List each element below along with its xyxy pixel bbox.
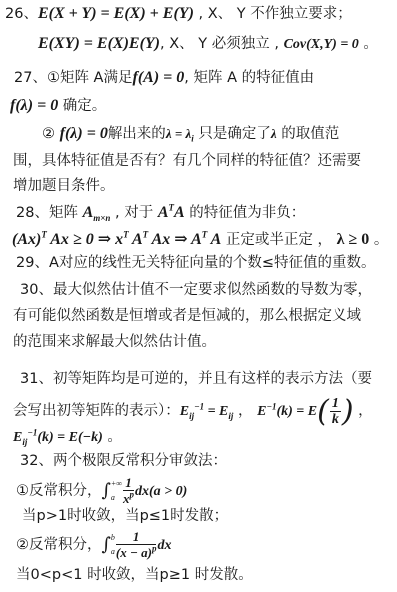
math-f-lambda: f(λ) = 0 xyxy=(10,97,58,114)
item-26-line-2: E(XY) = E(X)E(Y), X、 Y 必须独立 , Cov(X,Y) =… xyxy=(38,34,378,55)
text: , X、 Y 不作独立要求； xyxy=(194,6,352,22)
item-30-line-2: 有可能似然函数是恒增或者是恒减的，那么根据定义域 xyxy=(13,306,361,326)
text: ， xyxy=(354,403,373,419)
item-31-line-3: Eij−1(k) = E(−k) 。 xyxy=(13,427,122,448)
text: 两个极限反常积分审敛法： xyxy=(53,453,227,469)
item-31-line-2: 会写出初等矩阵的表示）：Eij−1 = Eij ， E−1(k) = E(1k)… xyxy=(13,396,373,428)
math-fraction: 1(x − a)p xyxy=(116,529,157,561)
text: 增加题目条件。 xyxy=(13,178,115,194)
text: A对应的线性无关特征向量的个数≤特征值的重数。 xyxy=(49,255,376,271)
math-expectation-product: E(XY) = E(X)E(Y) xyxy=(38,35,160,52)
text: ①反常积分， xyxy=(16,483,102,499)
text: 。 xyxy=(369,232,388,248)
item-27-line-3: ② f(λ) = 0解出来的λ = λi 只是确定了λ 的取值范 xyxy=(42,124,339,144)
text: 围，具体特征值是否有？有几个同样的特征值？还需要 xyxy=(13,153,361,169)
integral-icon: ∫ xyxy=(102,534,111,555)
item-28-line-1: 28、矩阵 Am×n , 对于 ATA 的特征值为非负： xyxy=(16,203,305,223)
text: ①矩阵 A满足 xyxy=(47,70,133,86)
item-27-line-1: 27、①矩阵 A满足f(A) = 0, 矩阵 A 的特征值由 xyxy=(14,68,314,88)
text: ， xyxy=(233,403,257,419)
math-Eij-inverse-k: Eij−1(k) = E(−k) xyxy=(13,430,103,445)
item-number: 26、 xyxy=(5,6,38,22)
math-ATA: ATA xyxy=(158,204,185,221)
item-number: 28、 xyxy=(16,205,49,221)
integral-icon: ∫ xyxy=(102,480,111,501)
math-lambda-i: λ = λi xyxy=(166,126,194,141)
text: ② xyxy=(42,126,60,142)
text: 矩阵 xyxy=(49,205,83,221)
text: 的特征值为非负： xyxy=(185,205,306,221)
text: 正定或半正定 ， xyxy=(221,232,336,248)
item-number: 32、 xyxy=(20,453,53,469)
math-E-inverse-k: E−1(k) = E(1k) xyxy=(257,404,353,419)
text: , X、 Y 必须独立 , xyxy=(160,36,284,52)
text: , 矩阵 A 的特征值由 xyxy=(184,70,314,86)
text: 的范围来求解最大似然估计值。 xyxy=(13,334,216,350)
item-32-case-2-result: 当0<p<1 时收敛，当p≥1 时发散。 xyxy=(16,565,253,585)
document-page: 26、E(X + Y) = E(X) + E(Y) , X、 Y 不作独立要求；… xyxy=(0,0,397,592)
item-number: 27、 xyxy=(14,70,47,86)
item-28-line-2: (Ax)T Ax ≥ 0 ⇒ xT AT Ax ⇒ AT A 正定或半正定 ， … xyxy=(12,230,388,250)
text: 当0<p<1 时收敛，当p≥1 时发散。 xyxy=(16,567,253,583)
item-27-line-2: f(λ) = 0 确定。 xyxy=(10,96,106,116)
item-30-line-1: 30、最大似然估计值不一定要求似然函数的导数为零， xyxy=(20,280,372,300)
item-number: 29、 xyxy=(16,255,49,271)
math-quadratic-form: (Ax)T Ax ≥ 0 ⇒ xT AT Ax ⇒ AT A xyxy=(12,231,221,248)
math-covariance: Cov(X,Y) = 0 xyxy=(284,37,359,52)
text: 的取值范 xyxy=(277,126,340,142)
text: 初等矩阵均是可逆的，并且有这样的表示方法（要 xyxy=(53,371,372,387)
item-31-line-1: 31、初等矩阵均是可逆的，并且有这样的表示方法（要 xyxy=(20,369,372,389)
math-A-mxn: Am×n xyxy=(83,204,111,221)
math-fraction: 1xp xyxy=(123,475,134,507)
math-f-lambda: f(λ) = 0 xyxy=(60,125,108,142)
item-30-line-3: 的范围来求解最大似然估计值。 xyxy=(13,332,216,352)
text: 解出来的 xyxy=(108,126,166,142)
text: 最大似然估计值不一定要求似然函数的导数为零， xyxy=(53,282,372,298)
item-29: 29、A对应的线性无关特征向量的个数≤特征值的重数。 xyxy=(16,253,376,273)
integral-limits: ba xyxy=(111,531,115,559)
item-27-line-4: 围，具体特征值是否有？有几个同样的特征值？还需要 xyxy=(13,151,361,171)
math-dx-condition: dx(a > 0) xyxy=(135,484,187,499)
text: 有可能似然函数是恒增或者是恒减的，那么根据定义域 xyxy=(13,308,361,324)
item-32-case-2: ②反常积分，∫ba1(x − a)pdx xyxy=(16,527,171,564)
item-32-title: 32、两个极限反常积分审敛法： xyxy=(20,451,227,471)
item-32-case-1-result: 当p>1时收敛，当p≤1时发散； xyxy=(22,506,228,526)
text: ②反常积分， xyxy=(16,537,102,553)
text: 确定。 xyxy=(58,98,106,114)
math-lambda-nonneg: λ ≥ 0 xyxy=(337,231,370,248)
text: 会写出初等矩阵的表示）： xyxy=(13,403,180,419)
integral-limits: +∞a xyxy=(111,477,122,505)
text: 。 xyxy=(103,429,122,445)
math-Eij-inverse: Eij−1 = Eij xyxy=(180,404,234,419)
item-32-case-1: ①反常积分，∫+∞a1xpdx(a > 0) xyxy=(16,474,187,509)
math-fA: f(A) = 0 xyxy=(132,69,184,86)
text: 当p>1时收敛，当p≤1时发散； xyxy=(22,508,228,524)
text: , 对于 xyxy=(110,205,157,221)
item-number: 31、 xyxy=(20,371,53,387)
item-27-line-5: 增加题目条件。 xyxy=(13,176,115,196)
item-number: 30、 xyxy=(20,282,53,298)
item-26-line-1: 26、E(X + Y) = E(X) + E(Y) , X、 Y 不作独立要求； xyxy=(5,4,352,24)
math-expectation-sum: E(X + Y) = E(X) + E(Y) xyxy=(38,5,194,22)
text: 只是确定了 xyxy=(194,126,271,142)
text: 。 xyxy=(359,36,378,52)
math-dx: dx xyxy=(157,538,171,553)
